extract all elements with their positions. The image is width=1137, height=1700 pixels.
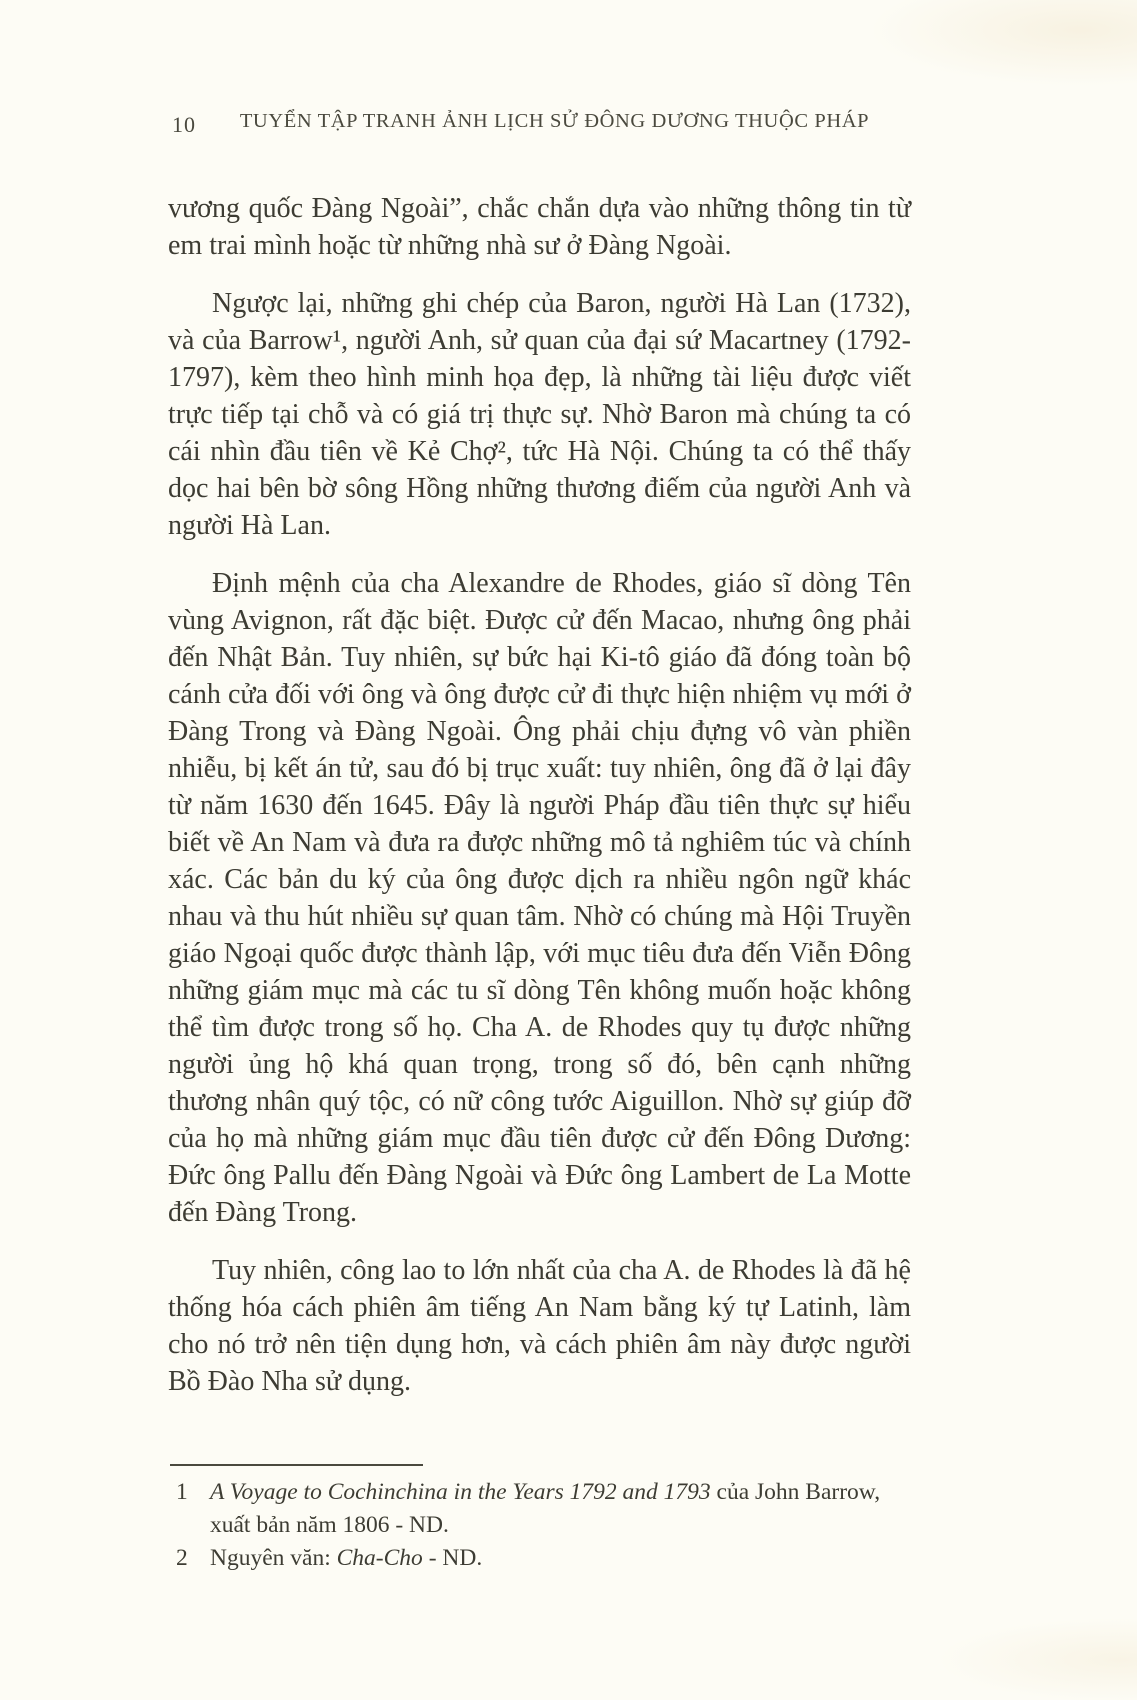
text-column: 10 TUYỂN TẬP TRANH ẢNH LỊCH SỬ ĐÔNG DƯƠN…: [168, 0, 911, 1575]
paragraph: Ngược lại, những ghi chép của Baron, ngư…: [168, 285, 911, 544]
page-header: 10 TUYỂN TẬP TRANH ẢNH LỊCH SỬ ĐÔNG DƯƠN…: [168, 110, 911, 140]
footnote-text: - ND.: [423, 1545, 482, 1571]
paragraph-continuation: vương quốc Đàng Ngoài”, chắc chắn dựa và…: [168, 190, 911, 264]
book-page: 10 TUYỂN TẬP TRANH ẢNH LỊCH SỬ ĐÔNG DƯƠN…: [0, 0, 1137, 1700]
footnote-original-term: Cha-Cho: [337, 1545, 423, 1571]
footnote-text: Nguyên văn:: [210, 1545, 337, 1571]
footnote-item: 1 A Voyage to Cochinchina in the Years 1…: [168, 1476, 911, 1542]
footnote-divider: [170, 1464, 423, 1466]
footnote-book-title: A Voyage to Cochinchina in the Years 179…: [210, 1479, 711, 1505]
footnote-number: 2: [176, 1542, 188, 1575]
footnote-item: 2 Nguyên văn: Cha-Cho - ND.: [168, 1542, 911, 1575]
body-text: vương quốc Đàng Ngoài”, chắc chắn dựa và…: [168, 190, 911, 1400]
footnotes: 1 A Voyage to Cochinchina in the Years 1…: [168, 1464, 911, 1575]
footnote-number: 1: [176, 1476, 188, 1509]
paragraph: Định mệnh của cha Alexandre de Rhodes, g…: [168, 565, 911, 1231]
running-title: TUYỂN TẬP TRANH ẢNH LỊCH SỬ ĐÔNG DƯƠNG T…: [168, 110, 911, 133]
page-number: 10: [172, 112, 196, 138]
paragraph: Tuy nhiên, công lao to lớn nhất của cha …: [168, 1252, 911, 1400]
